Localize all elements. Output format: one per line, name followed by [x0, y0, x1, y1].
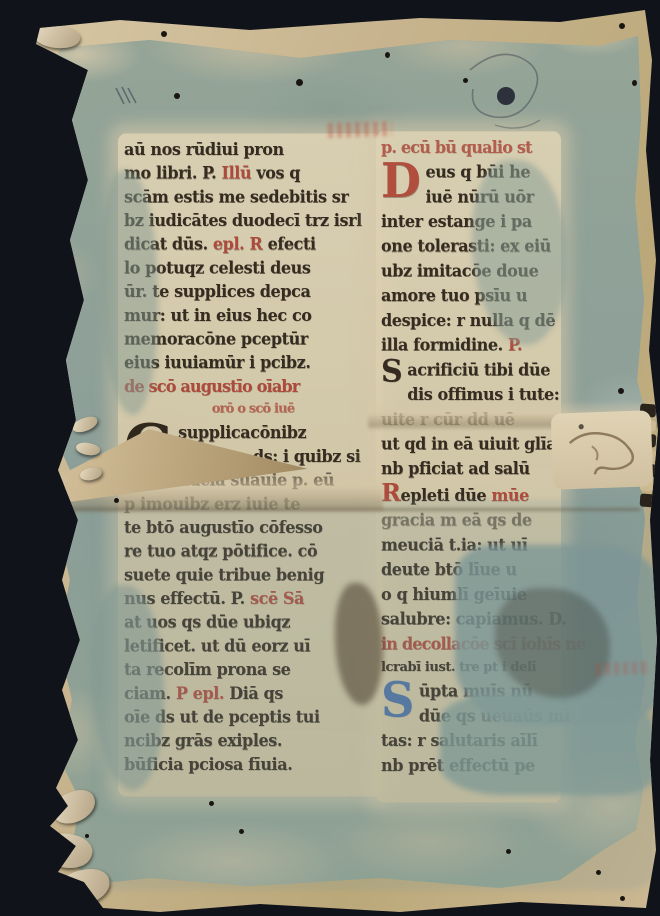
wormhole — [62, 413, 67, 419]
text-segment: bz iudicātes duodecī trz isrl — [124, 211, 362, 231]
text-segment: efecti — [268, 234, 316, 254]
text-segment: vos q — [256, 163, 300, 183]
text-segment: scām estis me sedebitis sr — [124, 187, 348, 207]
text-segment: illa formidine. — [381, 335, 508, 355]
text-segment: ut qd in eā uiuit glīa — [381, 434, 556, 454]
text-line: nb pficiat ad salū — [381, 457, 561, 482]
text-line: Sacrificiū tibi dūe — [381, 358, 561, 383]
text-segment: supplicacōnibz — [178, 423, 306, 443]
sewing-station — [640, 493, 657, 507]
illuminated-initial: D — [381, 162, 421, 200]
text-segment: aū nos rūdiui pron — [124, 140, 284, 160]
text-line: aū nos rūdiui pron — [124, 137, 382, 161]
wormhole — [596, 870, 601, 875]
text-segment: orō o scō iuē — [212, 401, 295, 416]
wormhole — [463, 78, 468, 83]
text-segment: Illū — [222, 163, 257, 183]
text-line: ut qd in eā uiuit glīa — [381, 432, 561, 457]
text-line: memoracōne pceptūr — [124, 327, 382, 351]
wormhole — [209, 801, 214, 806]
manuscript-leaf: aū nos rūdiui pronmo libri. P. Illū vos … — [0, 0, 660, 916]
wormhole — [632, 80, 637, 86]
wormhole — [618, 388, 624, 394]
illuminated-initial: S — [381, 360, 402, 385]
frayed-corner-curl — [55, 866, 112, 909]
text-line: orō o scō iuē — [124, 398, 382, 421]
wormhole — [174, 93, 180, 99]
rubric-ghost — [596, 661, 648, 676]
pencil-marks — [112, 84, 142, 110]
ink-blot-scribble — [440, 40, 590, 150]
text-segment: acrificiū tibi dūe — [407, 360, 550, 380]
wormhole — [85, 834, 89, 838]
text-segment: epl. R — [213, 234, 268, 254]
photo-background: aū nos rūdiui pronmo libri. P. Illū vos … — [0, 0, 660, 916]
text-line: mur: ut in eius hec co — [124, 303, 382, 327]
wormhole — [619, 23, 625, 29]
text-line: dicat dūs. epl. R efecti — [124, 232, 382, 256]
text-line: bz iudicātes duodecī trz isrl — [124, 209, 382, 233]
wormhole — [161, 31, 167, 37]
text-line: eius iuuiamūr i pcibz. — [124, 351, 382, 375]
text-line: mo libri. P. Illū vos q — [124, 161, 382, 185]
sketch-doodle-patch — [551, 410, 654, 489]
text-segment: nb pficiat ad salū — [381, 459, 530, 479]
text-line: ūr. te supplices depca — [124, 280, 382, 304]
wormhole — [296, 79, 303, 86]
rubric-ghost — [328, 121, 392, 138]
crease-shadow-line — [40, 508, 640, 511]
wormhole — [239, 829, 244, 834]
wormhole — [114, 498, 119, 503]
text-line: scām estis me sedebitis sr — [124, 185, 382, 209]
animal-head-doodle — [551, 410, 654, 489]
text-line: de scō augustīo oīabr — [124, 374, 382, 398]
wormhole — [620, 896, 625, 901]
wormhole — [385, 52, 390, 58]
wormhole — [506, 849, 511, 854]
text-line: lo potuqz celesti deus — [124, 256, 382, 280]
